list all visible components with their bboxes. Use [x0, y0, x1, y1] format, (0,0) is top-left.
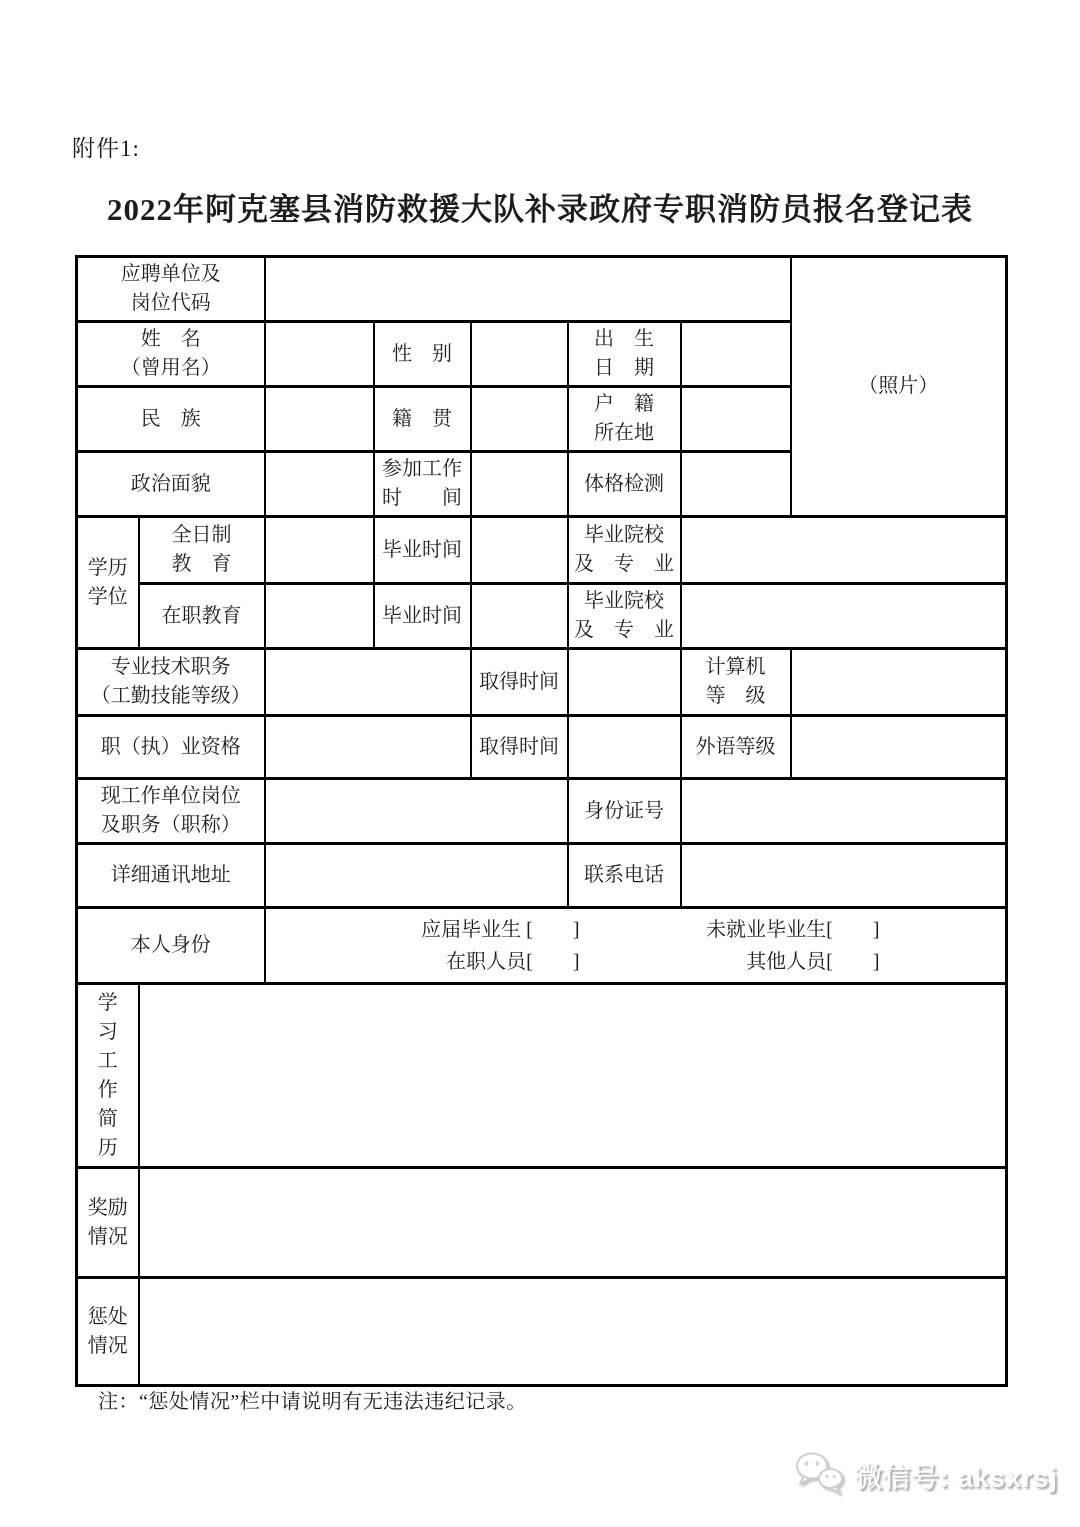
gender-label: 性 别 — [374, 322, 471, 387]
household-value — [681, 387, 791, 452]
row-identity: 本人身份 应届毕业生 [ ] 在职人员[ ] 未就业毕业生[ ] 其他人员[ ] — [77, 908, 1007, 984]
fulltime-edu-label: 全日制 教 育 — [139, 517, 265, 584]
name-label: 姓 名 （曾用名） — [77, 322, 265, 387]
name-value — [265, 322, 374, 387]
option-employed: 在职人员[ ] — [268, 946, 580, 978]
vocation-value — [265, 716, 471, 779]
address-label: 详细通讯地址 — [77, 844, 265, 908]
grad-time1-label: 毕业时间 — [374, 517, 471, 584]
fulltime-edu-value — [265, 517, 374, 584]
resume-value — [139, 984, 1007, 1168]
grad-time1-value — [471, 517, 568, 584]
row-recruit-unit: 应聘单位及 岗位代码 （照片） — [77, 257, 1007, 322]
identity-options-wrap: 应届毕业生 [ ] 在职人员[ ] 未就业毕业生[ ] 其他人员[ ] — [268, 914, 1004, 978]
identity-options: 应届毕业生 [ ] 在职人员[ ] 未就业毕业生[ ] 其他人员[ ] — [265, 908, 1007, 984]
row-current-job: 现工作单位岗位 及职务（职称） 身份证号 — [77, 779, 1007, 844]
recruit-unit-value — [265, 257, 791, 322]
punishment-label: 惩处 情况 — [77, 1278, 139, 1386]
physical-value — [681, 452, 791, 517]
row-prof-title: 专业技术职务 （工勤技能等级） 取得时间 计算机 等 级 — [77, 649, 1007, 716]
education-group-label: 学历 学位 — [77, 517, 139, 649]
id-number-value — [681, 779, 1007, 844]
birth-value — [681, 322, 791, 387]
prof-title-value — [265, 649, 471, 716]
prof-title-label: 专业技术职务 （工勤技能等级） — [77, 649, 265, 716]
native-place-value — [471, 387, 568, 452]
grad-school1-label: 毕业院校 及 专 业 — [568, 517, 681, 584]
id-number-label: 身份证号 — [568, 779, 681, 844]
computer-level-label: 计算机 等 级 — [681, 649, 791, 716]
grad-time2-value — [471, 584, 568, 649]
watermark: 微信号: aksxrsj — [793, 1450, 1058, 1501]
vocation-label: 职（执）业资格 — [77, 716, 265, 779]
option-unemployed-grad: 未就业毕业生[ ] — [580, 914, 880, 946]
identity-group-left: 应届毕业生 [ ] 在职人员[ ] — [268, 914, 580, 978]
attachment-label: 附件1: — [72, 130, 140, 163]
row-fulltime-education: 学历 学位 全日制 教 育 毕业时间 毕业院校 及 专 业 — [77, 517, 1007, 584]
option-other: 其他人员[ ] — [580, 946, 880, 978]
registration-table: 应聘单位及 岗位代码 （照片） 姓 名 （曾用名） 性 别 出 生 日 期 民 … — [75, 255, 1008, 1387]
work-start-value — [471, 452, 568, 517]
onjob-edu-label: 在职教育 — [139, 584, 265, 649]
grad-time2-label: 毕业时间 — [374, 584, 471, 649]
grad-school1-value — [681, 517, 1007, 584]
current-job-value — [265, 779, 568, 844]
punishment-value — [139, 1278, 1007, 1386]
ethnicity-label: 民 族 — [77, 387, 265, 452]
grad-school2-label: 毕业院校 及 专 业 — [568, 584, 681, 649]
row-punishment: 惩处 情况 — [77, 1278, 1007, 1386]
phone-value — [681, 844, 1007, 908]
household-label: 户 籍 所在地 — [568, 387, 681, 452]
wechat-icon — [793, 1450, 845, 1501]
current-job-label: 现工作单位岗位 及职务（职称） — [77, 779, 265, 844]
awards-value — [139, 1168, 1007, 1278]
identity-label: 本人身份 — [77, 908, 265, 984]
recruit-unit-label: 应聘单位及 岗位代码 — [77, 257, 265, 322]
native-place-label: 籍 贯 — [374, 387, 471, 452]
resume-label: 学 习 工 作 简 历 — [77, 984, 139, 1168]
gender-value — [471, 322, 568, 387]
row-vocation: 职（执）业资格 取得时间 外语等级 — [77, 716, 1007, 779]
politics-value — [265, 452, 374, 517]
computer-level-value — [791, 649, 1007, 716]
obtain-time2-value — [568, 716, 681, 779]
row-awards: 奖励 情况 — [77, 1168, 1007, 1278]
address-value — [265, 844, 568, 908]
identity-group-right: 未就业毕业生[ ] 其他人员[ ] — [580, 914, 880, 978]
work-start-label: 参加工作 时 间 — [374, 452, 471, 517]
obtain-time2-label: 取得时间 — [471, 716, 568, 779]
obtain-time1-value — [568, 649, 681, 716]
row-resume: 学 习 工 作 简 历 — [77, 984, 1007, 1168]
footnote: 注：“惩处情况”栏中请说明有无违法违纪记录。 — [98, 1385, 527, 1414]
foreign-lang-value — [791, 716, 1007, 779]
physical-label: 体格检测 — [568, 452, 681, 517]
phone-label: 联系电话 — [568, 844, 681, 908]
awards-label: 奖励 情况 — [77, 1168, 139, 1278]
birth-label: 出 生 日 期 — [568, 322, 681, 387]
wechat-id-text: 微信号: aksxrsj — [855, 1456, 1058, 1495]
obtain-time1-label: 取得时间 — [471, 649, 568, 716]
registration-form-page: 附件1: 2022年阿克塞县消防救援大队补录政府专职消防员报名登记表 应聘单位及… — [0, 0, 1080, 1527]
grad-school2-value — [681, 584, 1007, 649]
onjob-edu-value — [265, 584, 374, 649]
politics-label: 政治面貌 — [77, 452, 265, 517]
photo-cell: （照片） — [791, 257, 1007, 517]
ethnicity-value — [265, 387, 374, 452]
row-address: 详细通讯地址 联系电话 — [77, 844, 1007, 908]
form-title: 2022年阿克塞县消防救援大队补录政府专职消防员报名登记表 — [0, 184, 1080, 229]
option-fresh-grad: 应届毕业生 [ ] — [268, 914, 580, 946]
foreign-lang-label: 外语等级 — [681, 716, 791, 779]
row-onjob-education: 在职教育 毕业时间 毕业院校 及 专 业 — [77, 584, 1007, 649]
